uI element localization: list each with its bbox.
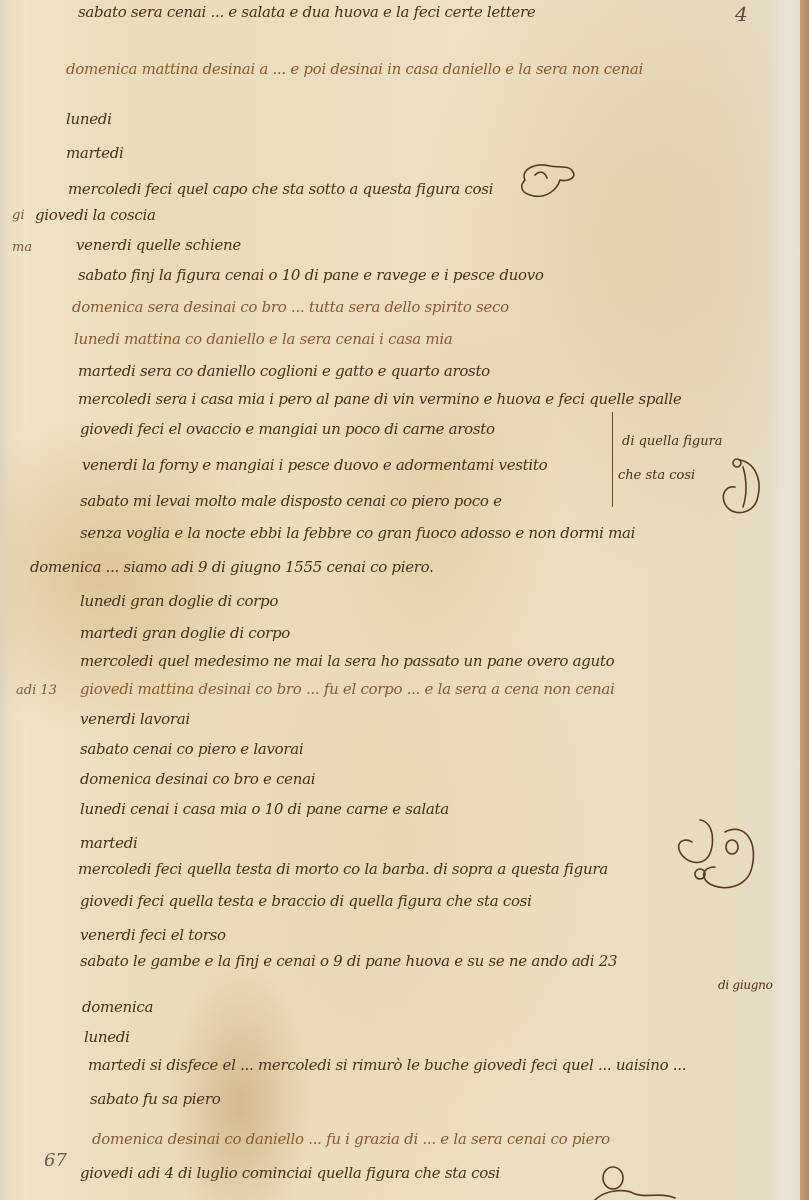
diary-line: venerdi la forny e mangiai i pesce duovo… bbox=[82, 456, 547, 474]
diary-line: martedi bbox=[66, 144, 124, 162]
margin-note: adi 13 bbox=[16, 683, 57, 698]
diary-line: giovedi adi 4 di luglio cominciai quella… bbox=[80, 1164, 500, 1182]
diary-line: lunedi gran doglie di corpo bbox=[80, 592, 278, 610]
diary-line: di giugno bbox=[718, 978, 773, 992]
page-number: 4 bbox=[735, 2, 748, 26]
margin-note: gi bbox=[12, 208, 24, 223]
figure-sketch-bottom bbox=[575, 1160, 685, 1200]
diary-line: giovedi mattina desinai co bro ... fu el… bbox=[80, 680, 615, 698]
diary-line: martedi sera co daniello coglioni e gatt… bbox=[78, 362, 490, 380]
margin-note: che sta cosi bbox=[618, 468, 695, 483]
diary-line: venerdi quelle schiene bbox=[76, 236, 241, 254]
diary-line: domenica ... siamo adi 9 di giugno 1555 … bbox=[30, 558, 434, 576]
diary-line: venerdi lavorai bbox=[80, 710, 190, 728]
diary-line: sabato fu sa piero bbox=[90, 1090, 220, 1108]
diary-line: venerdi feci el torso bbox=[80, 926, 226, 944]
head-sketch-top bbox=[515, 160, 585, 205]
page-left-edge bbox=[0, 0, 8, 1200]
diary-line: domenica bbox=[82, 998, 153, 1016]
diary-line: mercoledi sera i casa mia i pero al pane… bbox=[78, 390, 681, 408]
diary-line: martedi gran doglie di corpo bbox=[80, 624, 290, 642]
diary-line: sabato cenai co piero e lavorai bbox=[80, 740, 303, 758]
margin-note: di quella figura bbox=[622, 434, 723, 449]
margin-note: ma bbox=[12, 240, 32, 255]
diary-line: giovedi la coscia bbox=[35, 206, 156, 224]
diary-line: domenica desinai co bro e cenai bbox=[80, 770, 315, 788]
margin-folio-number: 67 bbox=[44, 1150, 67, 1171]
diary-line: sabato mi levai molto male disposto cena… bbox=[80, 492, 502, 510]
diary-line: mercoledi feci quella testa di morto co … bbox=[78, 860, 608, 878]
diary-line: mercoledi feci quel capo che sta sotto a… bbox=[68, 180, 493, 198]
diary-line: giovedi feci quella testa e braccio di q… bbox=[80, 892, 532, 910]
diary-line: senza voglia e la nocte ebbi la febbre c… bbox=[80, 524, 635, 542]
page-binding-edge bbox=[800, 0, 809, 1200]
figure-sketch-right-lower bbox=[670, 812, 770, 902]
figure-sketch-right-middle bbox=[715, 455, 765, 520]
diary-line: martedi si disfece el ... mercoledi si r… bbox=[88, 1056, 686, 1074]
page-right-margin bbox=[768, 0, 800, 1200]
diary-line: lunedi bbox=[84, 1028, 130, 1046]
diary-line: lunedi mattina co daniello e la sera cen… bbox=[74, 330, 452, 348]
diary-line: lunedi cenai i casa mia o 10 di pane car… bbox=[80, 800, 449, 818]
diary-line: domenica mattina desinai a ... e poi des… bbox=[66, 60, 643, 78]
diary-line: giovedi feci el ovaccio e mangiai un poc… bbox=[80, 420, 495, 438]
diary-line: lunedi bbox=[66, 110, 112, 128]
margin-divider bbox=[612, 412, 613, 507]
diary-line: sabato le gambe e la finj e cenai o 9 di… bbox=[80, 952, 617, 970]
diary-line: domenica sera desinai co bro ... tutta s… bbox=[72, 298, 509, 316]
diary-line: sabato sera cenai ... e salata e dua huo… bbox=[78, 3, 535, 21]
diary-line: mercoledi quel medesimo ne mai la sera h… bbox=[80, 652, 614, 670]
diary-line: domenica desinai co daniello ... fu i gr… bbox=[92, 1130, 610, 1148]
diary-line: sabato finj la figura cenai o 10 di pane… bbox=[78, 266, 544, 284]
diary-line: martedi bbox=[80, 834, 138, 852]
